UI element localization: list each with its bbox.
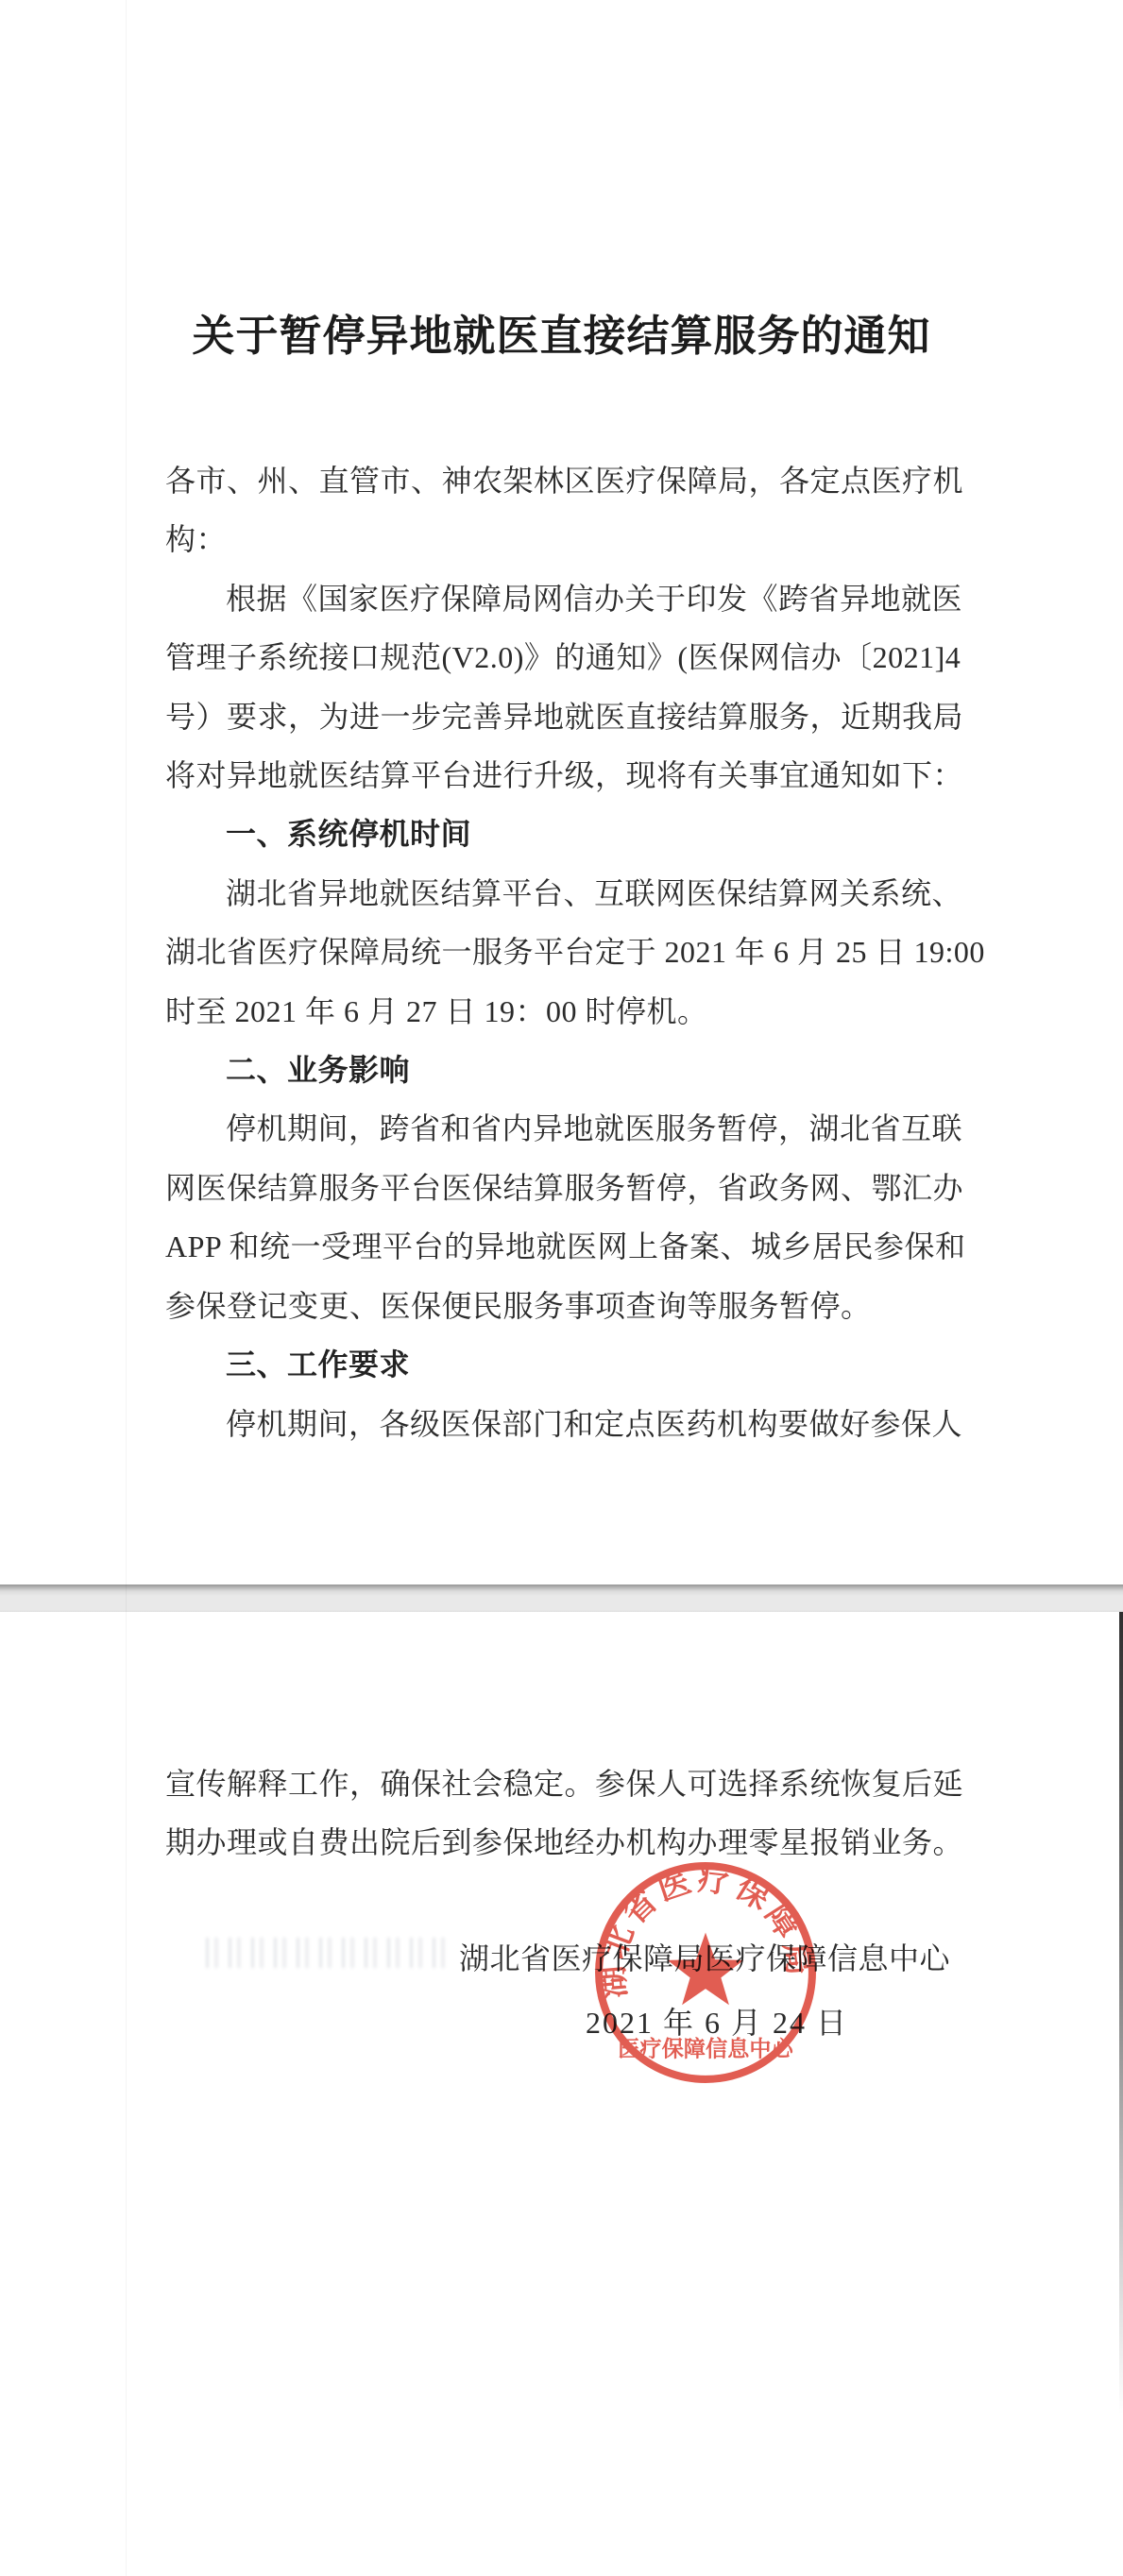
section-heading: 三、工作要求	[165, 1335, 963, 1394]
section-heading: 二、业务影响	[165, 1041, 963, 1099]
scan-crease-line	[126, 0, 127, 2576]
page-1: 关于暂停异地就医直接结算服务的通知 各市、州、直管市、神农架林区医疗保障局，各定…	[0, 0, 1123, 1585]
body-line: 构：	[165, 510, 963, 568]
official-seal: 湖北省医疗保障局 医疗保障信息中心	[591, 1858, 820, 2087]
page-2: 宣传解释工作，确保社会稳定。参保人可选择系统恢复后延 期办理或自费出院后到参保地…	[0, 1612, 1123, 2576]
page-2-body: 宣传解释工作，确保社会稳定。参保人可选择系统恢复后延 期办理或自费出院后到参保地…	[165, 1754, 963, 1873]
body-line: 停机期间，跨省和省内异地就医服务暂停，湖北省互联	[165, 1099, 963, 1158]
body-line: 将对异地就医结算平台进行升级，现将有关事宜通知如下：	[165, 746, 963, 805]
body-line: 湖北省异地就医结算平台、互联网医保结算网关系统、	[165, 864, 963, 923]
body-line: 网医保结算服务平台医保结算服务暂停，省政务网、鄂汇办	[165, 1159, 963, 1217]
body-line: 宣传解释工作，确保社会稳定。参保人可选择系统恢复后延	[165, 1754, 963, 1813]
notice-title: 关于暂停异地就医直接结算服务的通知	[0, 308, 1123, 364]
body-line: 湖北省医疗保障局统一服务平台定于 2021 年 6 月 25 日 19:00	[165, 923, 963, 981]
seal-center-text: 医疗保障信息中心	[618, 2037, 793, 2062]
page-1-body: 各市、州、直管市、神农架林区医疗保障局，各定点医疗机 构： 根据《国家医疗保障局…	[165, 451, 963, 1453]
page-separator	[0, 1585, 1123, 1612]
body-line: 各市、州、直管市、神农架林区医疗保障局，各定点医疗机	[165, 451, 963, 510]
official-seal-graphic: 湖北省医疗保障局 医疗保障信息中心	[591, 1858, 820, 2087]
body-line: 根据《国家医疗保障局网信办关于印发《跨省异地就医	[165, 569, 963, 628]
seal-star-icon	[668, 1933, 743, 2006]
document-scan-view: 关于暂停异地就医直接结算服务的通知 各市、州、直管市、神农架林区医疗保障局，各定…	[0, 0, 1123, 2576]
issue-date: 2021 年 6 月 24 日	[165, 1993, 963, 2052]
scan-edge-shadow	[1119, 1612, 1123, 2415]
body-line: 期办理或自费出院后到参保地经办机构办理零星报销业务。	[165, 1813, 963, 1872]
body-line: 管理子系统接口规范(V2.0)》的通知》(医保网信办〔2021]4	[165, 628, 963, 686]
section-heading: 一、系统停机时间	[165, 805, 963, 863]
body-line: 参保登记变更、医保便民服务事项查询等服务暂停。	[165, 1277, 963, 1335]
body-line: APP 和统一受理平台的异地就医网上备案、城乡居民参保和	[165, 1217, 963, 1276]
body-line: 停机期间，各级医保部门和定点医药机构要做好参保人	[165, 1395, 963, 1453]
issuer-signature: 湖北省医疗保障局医疗保障信息中心	[165, 1929, 963, 1988]
body-line: 时至 2021 年 6 月 27 日 19：00 时停机。	[165, 982, 963, 1041]
body-line: 号）要求，为进一步完善异地就医直接结算服务，近期我局	[165, 687, 963, 746]
